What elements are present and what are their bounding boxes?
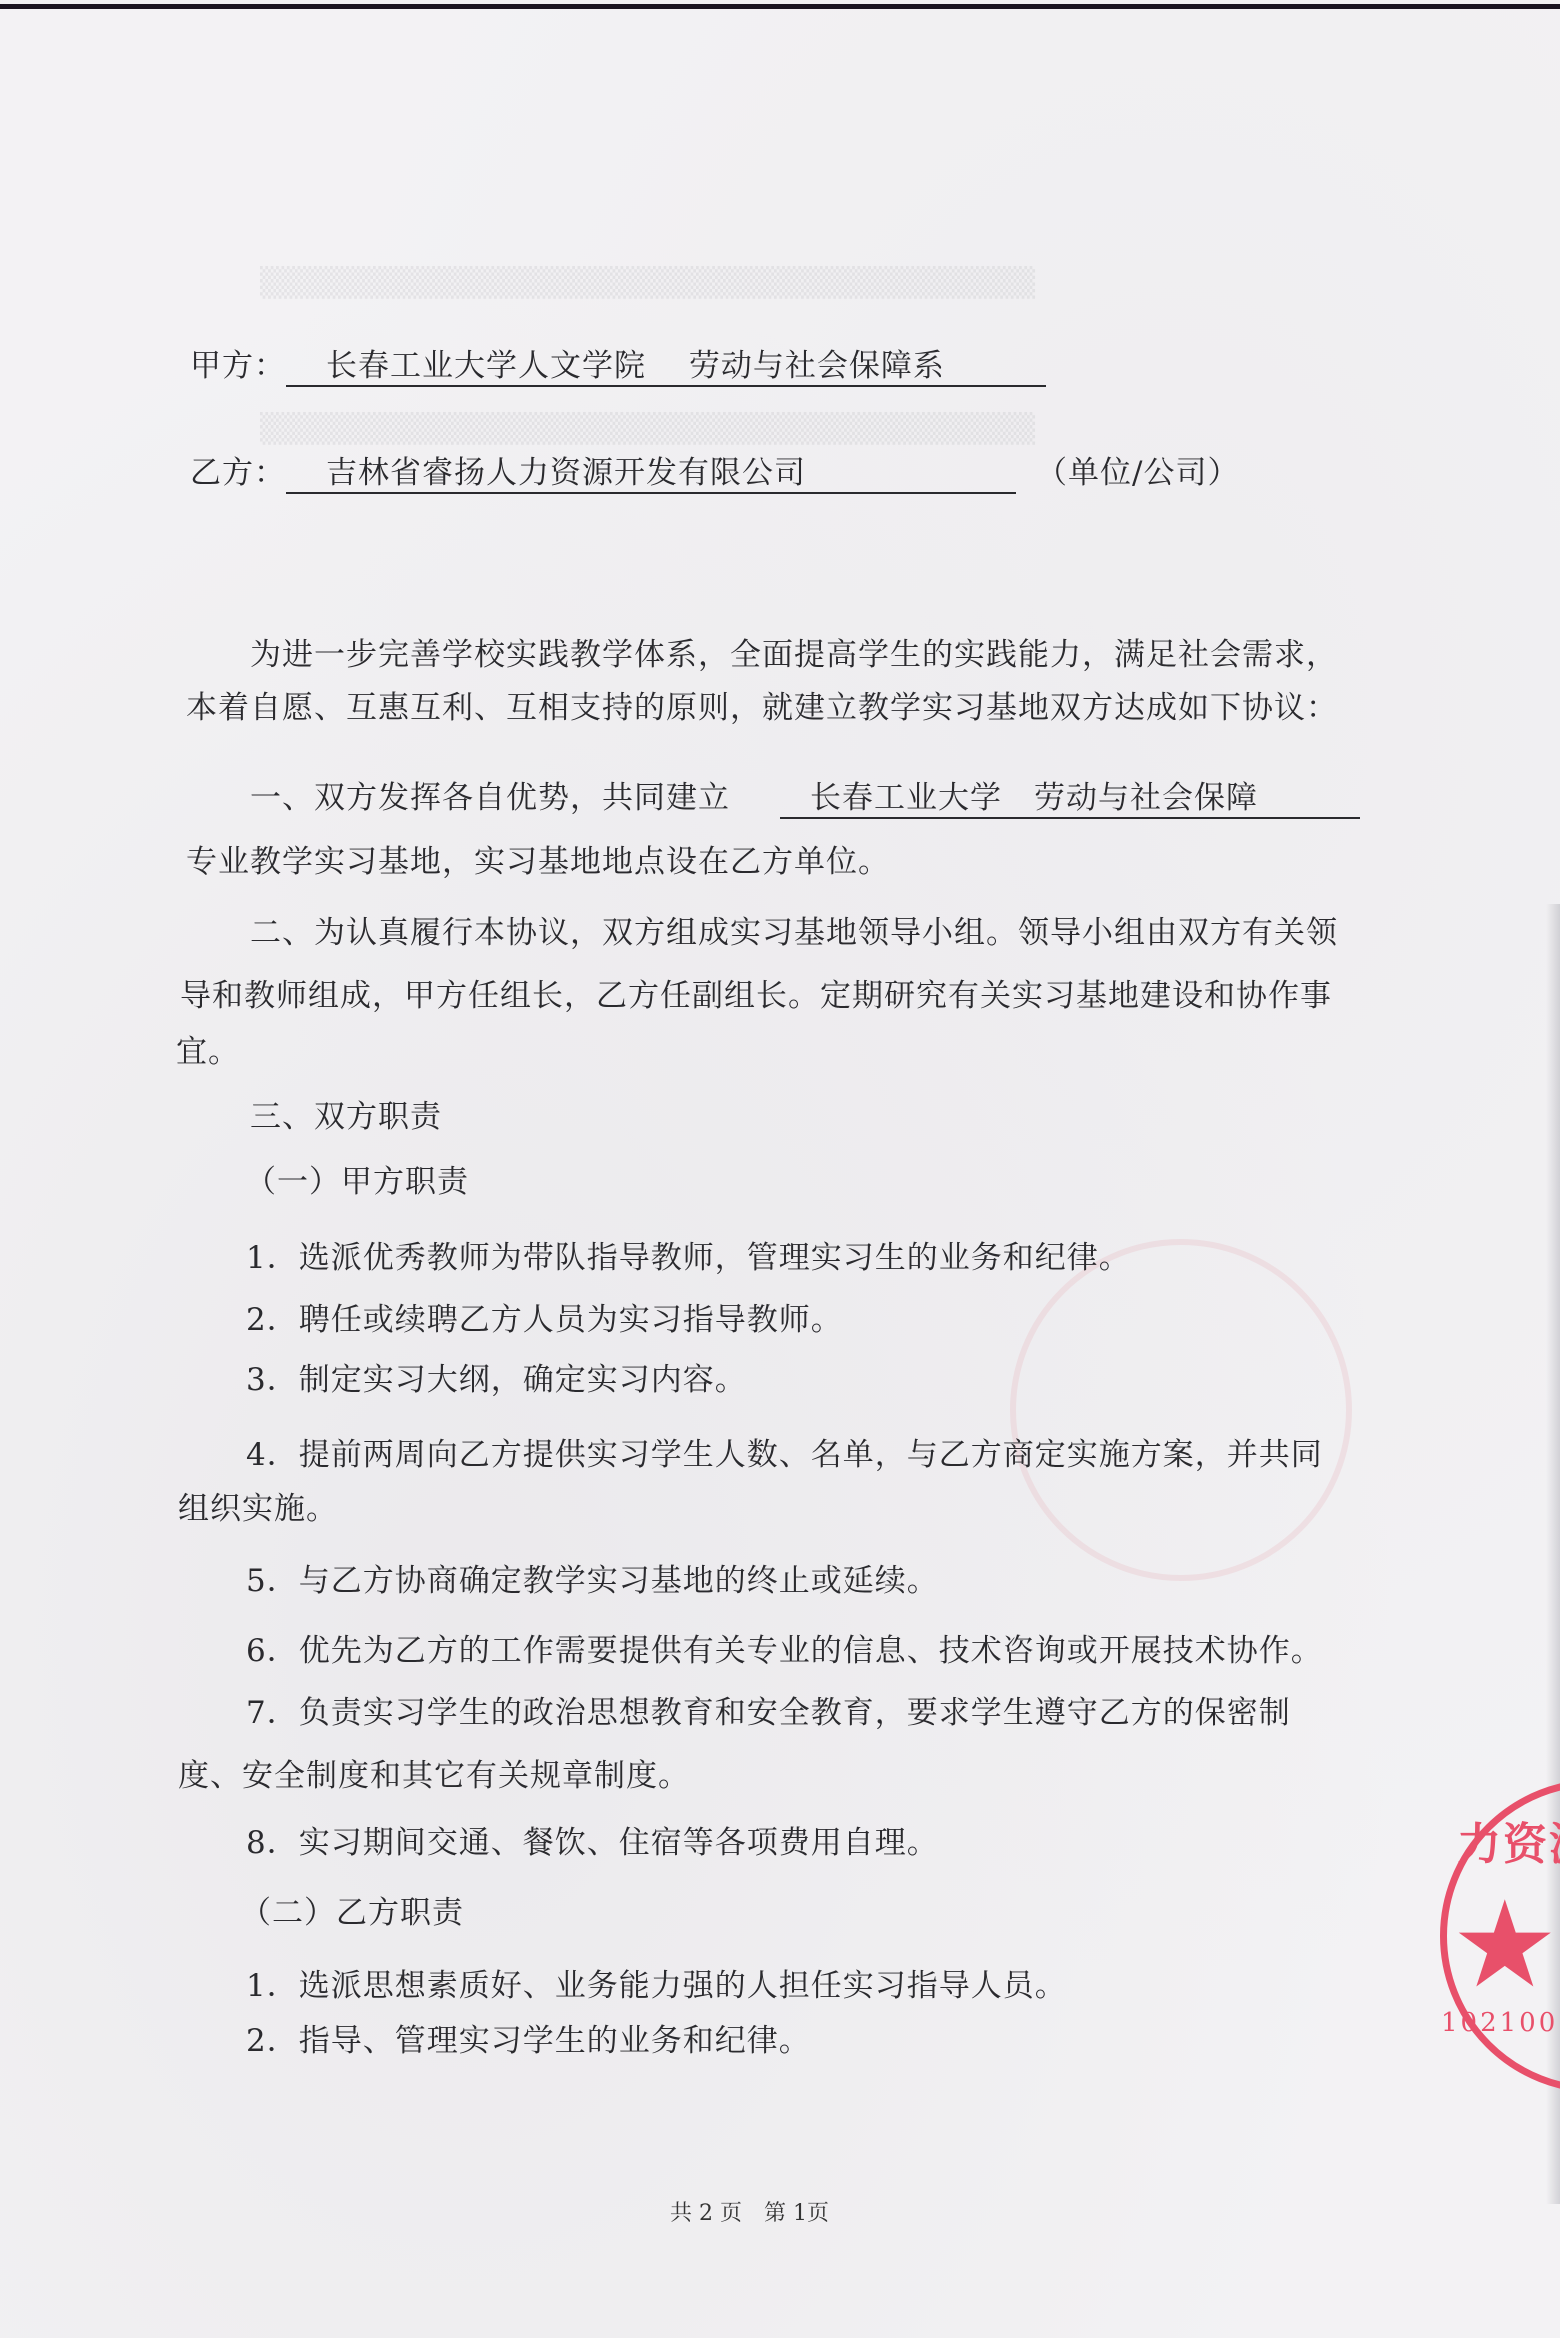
party-b-duty-item: 1．选派思想素质好、业务能力强的人担任实习指导人员。 — [246, 1960, 1067, 2005]
party-a-row: 甲方：长春工业大学人文学院 劳动与社会保障系 — [190, 340, 1046, 387]
party-b-duties-title: （二）乙方职责 — [240, 1887, 464, 1932]
clause-1-line-1: 一、双方发挥各自优势，共同建立长春工业大学 劳动与社会保障 — [250, 772, 1360, 819]
party-a-duty-item: 6．优先为乙方的工作需要提供有关专业的信息、技术咨询或开展技术协作。 — [246, 1625, 1323, 1670]
party-a-duty-item-cont: 组织实施。 — [178, 1483, 338, 1528]
party-b-label: 乙方： — [190, 455, 286, 491]
document-page: ▒▒▒▒▒▒▒▒▒▒▒▒▒▒▒▒▒▒▒▒▒▒▒▒▒▒▒▒▒▒▒▒▒▒▒▒ ▒▒▒… — [0, 4, 1560, 2338]
clause-2-line-3: 宜。 — [176, 1026, 240, 1071]
party-a-duty-item: 8．实习期间交通、餐饮、住宿等各项费用自理。 — [246, 1817, 939, 1862]
party-a-duty-item-cont: 度、安全制度和其它有关规章制度。 — [178, 1750, 690, 1795]
clause-1-prefix: 一、双方发挥各自优势，共同建立 — [250, 780, 730, 816]
party-b-row: 乙方：吉林省睿扬人力资源开发有限公司（单位/公司） — [190, 447, 1239, 494]
intro-line-2: 本着自愿、互惠互利、互相支持的原则，就建立教学实习基地双方达成如下协议： — [186, 682, 1338, 727]
clause-2-line-1: 二、为认真履行本协议，双方组成实习基地领导小组。领导小组由双方有关领 — [250, 907, 1338, 952]
bleed-through-text: ▒▒▒▒▒▒▒▒▒▒▒▒▒▒▒▒▒▒▒▒▒▒▒▒▒▒▒▒▒▒▒▒▒▒▒▒ — [260, 266, 1035, 299]
clause-3-title: 三、双方职责 — [250, 1091, 442, 1136]
seal-text: 力资源 — [1457, 1808, 1560, 1872]
company-seal: 力资源 ★ 102100217 — [1440, 1779, 1560, 2093]
party-a-duty-item: 2．聘任或续聘乙方人员为实习指导教师。 — [246, 1294, 843, 1339]
party-a-duties-title: （一）甲方职责 — [245, 1156, 469, 1201]
party-a-label: 甲方： — [190, 348, 286, 384]
seal-number: 102100217 — [1441, 2008, 1560, 2038]
party-a-duty-item: 5．与乙方协商确定教学实习基地的终止或延续。 — [246, 1555, 939, 1600]
party-b-suffix: （单位/公司） — [1036, 455, 1239, 491]
party-a-duty-item: 1．选派优秀教师为带队指导教师，管理实习生的业务和纪律。 — [246, 1232, 1131, 1277]
page-indicator: 共 2 页 第 1页 — [670, 2196, 829, 2227]
party-b-duty-item: 2．指导、管理实习学生的业务和纪律。 — [246, 2015, 811, 2060]
party-a-duty-item: 7．负责实习学生的政治思想教育和安全教育，要求学生遵守乙方的保密制 — [246, 1687, 1291, 1732]
party-a-duty-item: 3．制定实习大纲，确定实习内容。 — [246, 1354, 747, 1399]
intro-line-1: 为进一步完善学校实践教学体系，全面提高学生的实践能力，满足社会需求， — [250, 629, 1338, 674]
bleed-through-text: ▒▒▒▒▒▒▒▒▒▒▒▒▒▒▒▒▒▒▒▒▒▒▒▒▒▒▒▒▒▒▒▒▒▒▒▒ — [260, 412, 1035, 445]
party-a-value: 长春工业大学人文学院 劳动与社会保障系 — [286, 340, 1046, 387]
clause-1-line-2: 专业教学实习基地，实习基地地点设在乙方单位。 — [186, 836, 890, 881]
clause-1-filled: 长春工业大学 劳动与社会保障 — [780, 772, 1360, 819]
clause-2-line-2: 导和教师组成，甲方任组长，乙方任副组长。定期研究有关实习基地建设和协作事 — [180, 970, 1332, 1015]
star-icon: ★ — [1451, 1886, 1559, 2006]
party-a-duty-item: 4．提前两周向乙方提供实习学生人数、名单，与乙方商定实施方案，并共同 — [246, 1429, 1323, 1474]
faint-seal-bleed — [1010, 1239, 1352, 1581]
party-b-value: 吉林省睿扬人力资源开发有限公司 — [286, 447, 1016, 494]
scan-edge — [0, 4, 1560, 9]
